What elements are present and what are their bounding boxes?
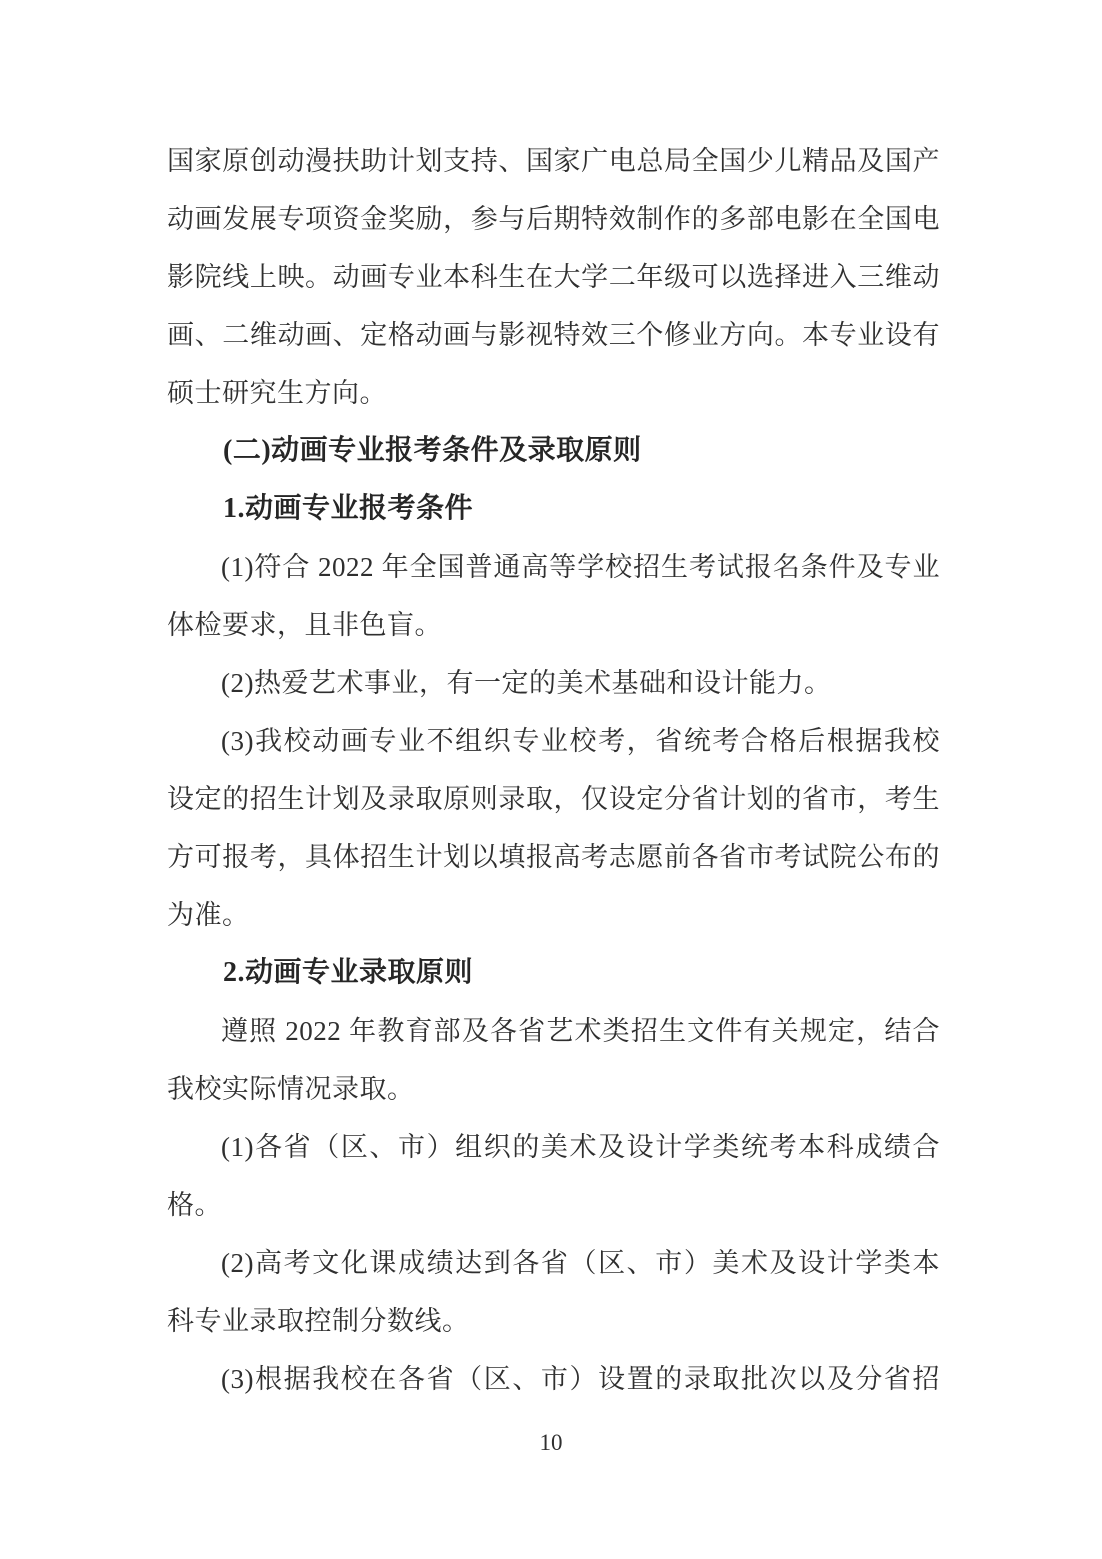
text-line: (2)热爱艺术事业，有一定的美术基础和设计能力。 xyxy=(167,654,940,712)
document-lines: 国家原创动漫扶助计划支持、国家广电总局全国少儿精品及国产动画发展专项资金奖励，参… xyxy=(167,132,940,1408)
text-line: 为准。 xyxy=(167,886,940,944)
text-line: 方可报考，具体招生计划以填报高考志愿前各省市考试院公布的 xyxy=(167,828,940,886)
text-line: (3)根据我校在各省（区、市）设置的录取批次以及分省招 xyxy=(167,1350,940,1408)
text-line: 设定的招生计划及录取原则录取，仅设定分省计划的省市，考生 xyxy=(167,770,940,828)
text-line: (3)我校动画专业不组织专业校考，省统考合格后根据我校 xyxy=(167,712,940,770)
text-line: 科专业录取控制分数线。 xyxy=(167,1292,940,1350)
text-line: 动画发展专项资金奖励，参与后期特效制作的多部电影在全国电 xyxy=(167,190,940,248)
text-line: 国家原创动漫扶助计划支持、国家广电总局全国少儿精品及国产 xyxy=(167,132,940,190)
text-line: 画、二维动画、定格动画与影视特效三个修业方向。本专业设有 xyxy=(167,306,940,364)
text-line: (1)各省（区、市）组织的美术及设计学类统考本科成绩合 xyxy=(167,1118,940,1176)
text-line: 我校实际情况录取。 xyxy=(167,1060,940,1118)
heading-line: 2.动画专业录取原则 xyxy=(167,944,940,1002)
text-line: 遵照 2022 年教育部及各省艺术类招生文件有关规定，结合 xyxy=(167,1002,940,1060)
text-line: (1)符合 2022 年全国普通高等学校招生考试报名条件及专业 xyxy=(167,538,940,596)
page-number: 10 xyxy=(0,1430,1102,1456)
text-line: (2)高考文化课成绩达到各省（区、市）美术及设计学类本 xyxy=(167,1234,940,1292)
document-page: 国家原创动漫扶助计划支持、国家广电总局全国少儿精品及国产动画发展专项资金奖励，参… xyxy=(0,0,1102,1559)
text-line: 硕士研究生方向。 xyxy=(167,364,940,422)
text-line: 影院线上映。动画专业本科生在大学二年级可以选择进入三维动 xyxy=(167,248,940,306)
heading-line: 1.动画专业报考条件 xyxy=(167,480,940,538)
heading-line: (二)动画专业报考条件及录取原则 xyxy=(167,422,940,480)
text-line: 格。 xyxy=(167,1176,940,1234)
text-line: 体检要求，且非色盲。 xyxy=(167,596,940,654)
